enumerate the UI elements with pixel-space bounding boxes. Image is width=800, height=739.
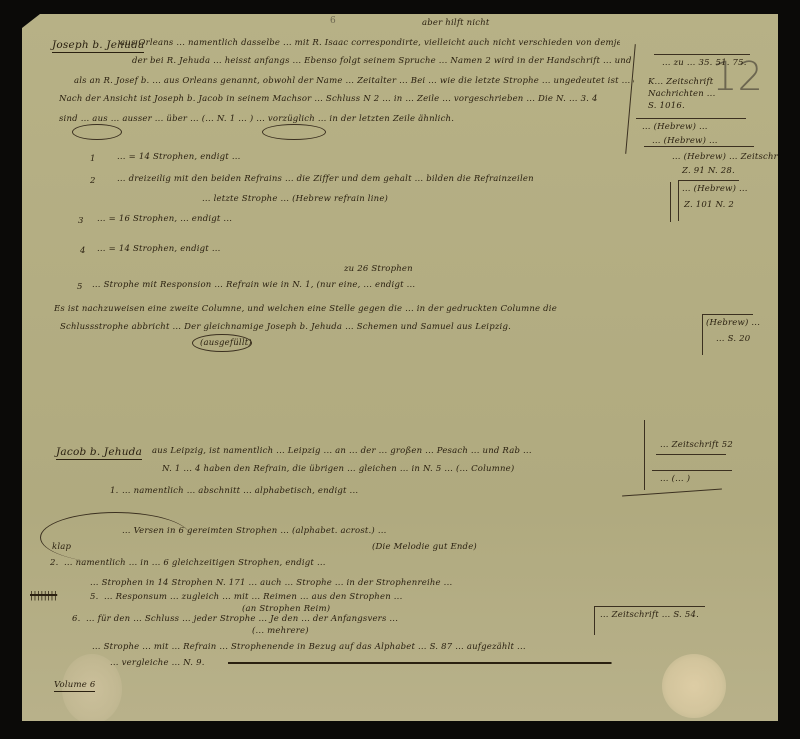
margin-note: ... Zeitschrift 52 bbox=[660, 440, 733, 450]
margin-note: ... Zeitschrift ... S. 54. bbox=[600, 610, 699, 620]
margin-note: ... (Hebrew) ... bbox=[642, 122, 708, 132]
text-line: aus Leipzig, ist namentlich ... Leipzig … bbox=[152, 446, 632, 456]
item-text: ... dreizeilig mit den beiden Refrains .… bbox=[117, 174, 637, 184]
item-text: ... namentlich ... in ... 6 gleichzeitig… bbox=[64, 558, 464, 568]
item-text: ... = 14 Strophen, endigt ... bbox=[117, 152, 241, 162]
text-line: sind ... aus ... ausser ... über ... (..… bbox=[59, 114, 619, 124]
annotation: (an Strophen Reim) bbox=[242, 604, 330, 614]
item-number: 1 bbox=[90, 154, 96, 164]
item-number: 2. bbox=[50, 558, 59, 568]
wax-seal-stain bbox=[662, 654, 726, 718]
section-heading: Jacob b. Jehuda bbox=[56, 446, 142, 460]
struck-mark: |||||||| bbox=[30, 590, 57, 601]
item-text: ... = 16 Strophen, ... endigt ... bbox=[97, 214, 627, 224]
margin-note-sub: ... (Hebrew) ... bbox=[652, 136, 718, 146]
margin-note: ... zu ... 35. 51. 75. bbox=[662, 58, 747, 68]
item-number: 5 bbox=[77, 282, 83, 292]
annotation: zu 26 Strophen bbox=[344, 264, 413, 274]
margin-rule bbox=[654, 54, 750, 55]
margin-note: ... (Hebrew) ... bbox=[682, 184, 748, 194]
annotation: (... mehrere) bbox=[252, 626, 309, 636]
item-text: ... Strophe ... mit ... Refrain ... Stro… bbox=[92, 642, 732, 652]
text-line: aus Orleans ... namentlich dasselbe ... … bbox=[120, 38, 620, 48]
item-text: ... vergleiche ... N. 9. bbox=[110, 658, 205, 668]
item-text: ... Versen in 6 gereimten Strophen ... (… bbox=[122, 526, 632, 536]
text-line: Nach der Ansicht ist Joseph b. Jacob in … bbox=[59, 94, 639, 104]
page-number: 6 bbox=[330, 16, 336, 26]
text-line: der bei R. Jehuda ... heisst anfangs ...… bbox=[132, 56, 632, 66]
volume-label: Volume 6 bbox=[54, 680, 95, 692]
item-text: ... letzte Strophe ... (Hebrew refrain l… bbox=[202, 194, 632, 204]
margin-note-sub: ... S. 20 bbox=[716, 334, 750, 344]
margin-rule bbox=[670, 182, 671, 222]
margin-note: ... (Hebrew) ... Zeitschrift bbox=[672, 152, 788, 162]
margin-note-sub: ... (... ) bbox=[660, 474, 690, 484]
text-line: Es ist nachzuweisen eine zweite Columne,… bbox=[54, 304, 634, 314]
margin-rule bbox=[644, 146, 754, 147]
margin-note-sub: Z. 101 N. 2 bbox=[684, 200, 734, 210]
text-line: als an R. Josef b. ... aus Orleans genan… bbox=[74, 76, 634, 86]
annotation-oval bbox=[72, 124, 122, 140]
struck-line: ~~~~~~~~~~~~~~~~~~~~~~~~~~~~~~~~~~~~~~~~… bbox=[228, 658, 612, 669]
margin-rule bbox=[622, 489, 722, 497]
annotation-oval bbox=[262, 124, 326, 140]
annotation: (Die Melodie gut Ende) bbox=[372, 542, 477, 552]
item-text: ... Responsum ... zugleich ... mit ... R… bbox=[104, 592, 564, 602]
margin-note: (Hebrew) ... bbox=[706, 318, 760, 328]
margin-note-sub: Z. 91 N. 28. bbox=[682, 166, 735, 176]
annotation: klap bbox=[52, 542, 71, 552]
item-number: 3 bbox=[78, 216, 84, 226]
item-number: 1. bbox=[110, 486, 119, 496]
margin-note-sub: K... Zeitschrift Nachrichten ... S. 1016… bbox=[648, 76, 723, 112]
text-line: N. 1 ... 4 haben den Refrain, die übrige… bbox=[162, 464, 622, 474]
margin-rule bbox=[636, 118, 746, 119]
margin-rule bbox=[652, 470, 732, 471]
item-text: ... = 14 Strophen, endigt ... bbox=[97, 244, 597, 254]
item-number: 4 bbox=[80, 246, 86, 256]
manuscript-page: 6 12 Joseph b. Jehuda aber hilft nicht a… bbox=[22, 14, 778, 721]
item-text: ... Strophen in 14 Strophen N. 171 ... a… bbox=[90, 578, 570, 588]
item-number: 2 bbox=[90, 176, 96, 186]
text-line: ... Strophe mit Responsion ... Refrain w… bbox=[92, 280, 652, 290]
annotation-oval bbox=[192, 334, 252, 352]
margin-rule bbox=[656, 454, 726, 455]
item-number: 6. bbox=[72, 614, 81, 624]
text-line: Schlussstrophe abbricht ... Der gleichna… bbox=[60, 322, 580, 332]
margin-rule bbox=[644, 420, 645, 490]
annotation: aber hilft nicht bbox=[422, 18, 490, 28]
item-text: ... namentlich ... abschnitt ... alphabe… bbox=[122, 486, 622, 496]
item-text: ... für den ... Schluss ... jeder Stroph… bbox=[86, 614, 586, 624]
item-number: 5. bbox=[90, 592, 99, 602]
bracket-curve bbox=[40, 512, 191, 563]
